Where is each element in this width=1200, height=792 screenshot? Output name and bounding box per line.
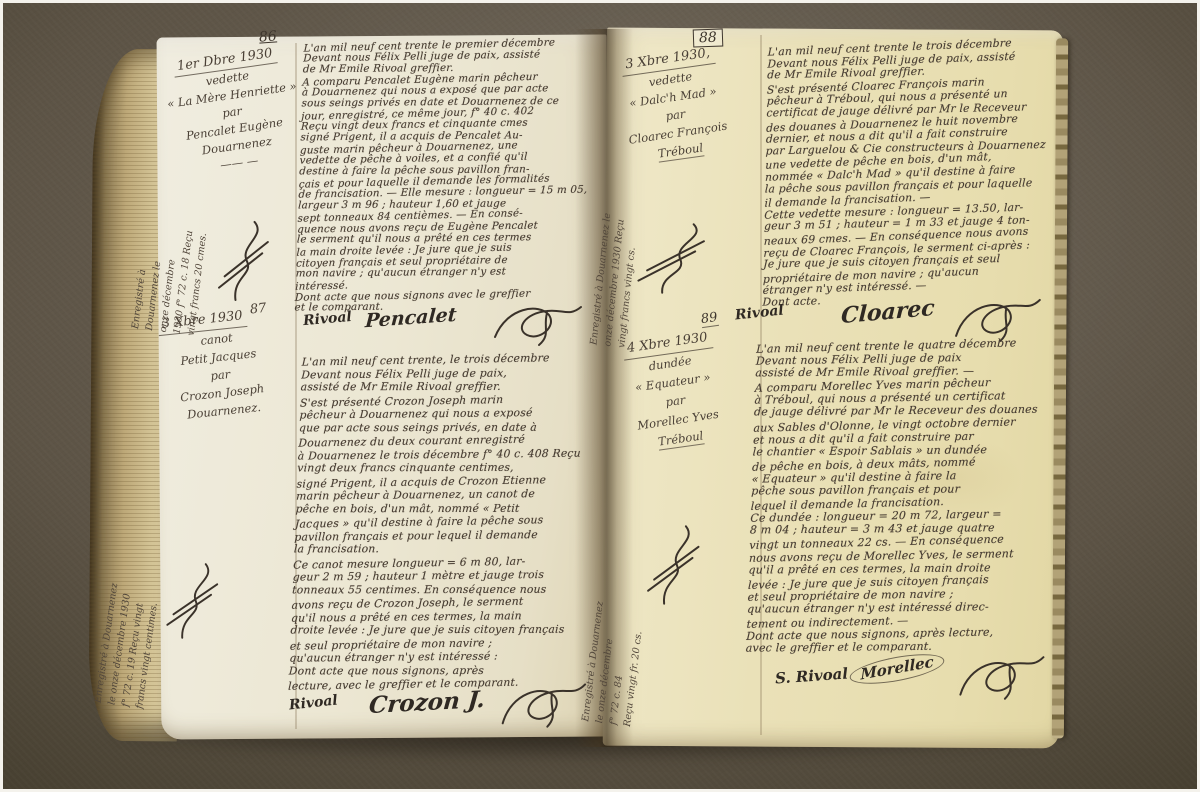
act-number: 87 bbox=[245, 299, 271, 320]
act-entry-89-body: L'an mil neuf cent trente le quatre déce… bbox=[746, 336, 1069, 656]
judge-paraph-icon bbox=[493, 676, 593, 734]
photograph-of-open-register: 86 1er Dbre 1930 vedette« La Mère Henrie… bbox=[0, 0, 1200, 792]
act-entry-88-body: L'an mil neuf cent trente le trois décem… bbox=[762, 36, 1067, 310]
judge-paraph-icon bbox=[489, 299, 585, 347]
margin-annotation-entry-87: 3 Xbre 193087 canotPetit JacquesparCrozo… bbox=[145, 298, 292, 426]
judge-paraph-icon bbox=[951, 649, 1051, 705]
margin-lines: canotPetit JacquesparCrozon JosephDouarn… bbox=[148, 323, 293, 427]
margin-annotation-entry-86: 1er Dbre 1930 vedette« La Mère Henriette… bbox=[161, 43, 303, 180]
left-page-number: 86 bbox=[258, 28, 277, 45]
margin-annotation-entry-88: 3 Xbre 1930, vedette« Dalc'h Mad »parClo… bbox=[588, 39, 760, 171]
margin-lines: vedette« La Mère Henriette »parPencalet … bbox=[164, 62, 303, 181]
act-number: 89 bbox=[700, 310, 719, 328]
margin-annotation-entry-89: 4 Xbre 1930 dundée« Equateur »parMorelle… bbox=[592, 323, 757, 459]
act-entry-87-body: L'an mil neuf cent trente, le trois déce… bbox=[288, 351, 606, 692]
act-entry-86-body: L'an mil neuf cent trente le premier déc… bbox=[294, 37, 603, 315]
